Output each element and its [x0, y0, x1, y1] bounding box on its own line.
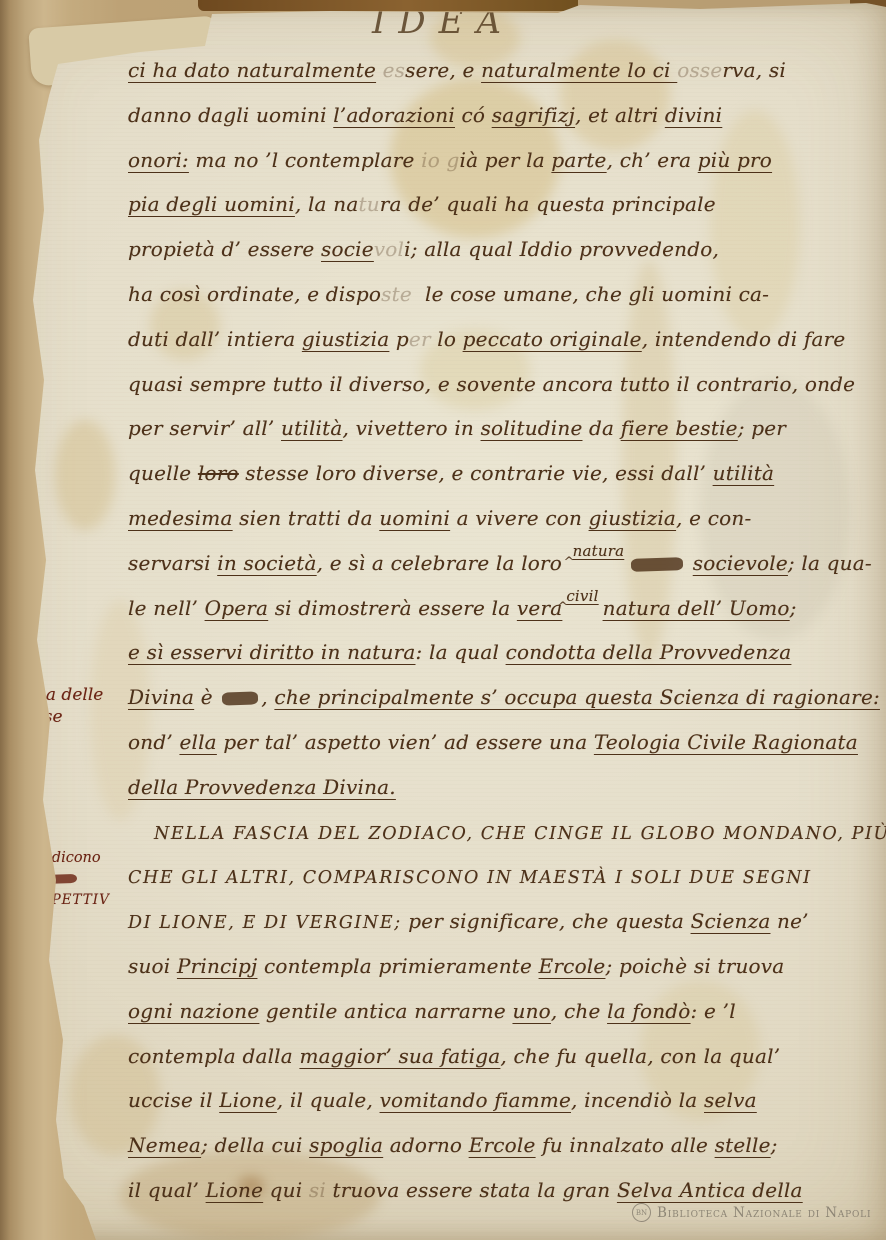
manuscript-line-4: pia degli uomini, la natura de’ quali ha…	[128, 192, 878, 237]
underlined-text: condotta della Provvedenza	[506, 640, 792, 664]
underlined-text: in società	[217, 551, 316, 575]
text-segment: quasi sempre tutto il diverso, e sovente…	[128, 372, 855, 396]
manuscript-line-8: quasi sempre tutto il diverso, e sovente…	[128, 372, 878, 417]
text-segment: duti dall’ intiera	[128, 327, 302, 351]
manuscript-line-1: ci ha dato naturalmente essere, e natura…	[128, 58, 878, 103]
text-segment: cose	[24, 707, 63, 727]
text-segment: contempla primieramente	[257, 954, 538, 978]
underlined-text: socievole	[693, 551, 788, 575]
text-segment: rva, si	[722, 58, 786, 82]
text-segment: il qual’	[128, 1178, 206, 1202]
text-segment: ond’	[128, 730, 179, 754]
underlined-text: divini	[665, 103, 722, 127]
margin-note-line	[8, 869, 110, 890]
text-segment: ra de’ quali ha questa principale	[380, 192, 716, 216]
manuscript-line-22: ogni nazione gentile antica narrarne uno…	[128, 999, 878, 1044]
text-segment: una delle	[24, 685, 103, 705]
text-segment: , il quale,	[277, 1088, 380, 1112]
underlined-text: selva	[704, 1088, 757, 1112]
text-segment: adorno	[383, 1133, 469, 1157]
text-segment: ; per	[738, 416, 786, 440]
underlined-text: socie	[321, 237, 374, 261]
margin-note-prospettiva: come diconoPROSPETTIVA	[8, 848, 110, 932]
underlined-text: della Provvedenza Divina.	[128, 775, 396, 799]
manuscript-lines: ci ha dato naturalmente essere, e natura…	[128, 58, 878, 1223]
margin-note-line: A	[8, 911, 110, 932]
text-segment: ne’	[770, 909, 808, 933]
text-segment: ,	[261, 685, 274, 709]
text-segment: ha così ordinate, e dispo	[128, 282, 381, 306]
text-segment: io g	[421, 148, 459, 172]
manuscript-line-2: danno dagli uomini l’adorazioni có sagri…	[128, 103, 878, 148]
text-segment: , e sì a celebrare la loro	[317, 551, 569, 575]
inserted-word: natura	[573, 542, 625, 560]
underlined-text: solitudine	[481, 416, 583, 440]
text-segment: tu	[358, 192, 379, 216]
underlined-text: vomitando fiamme	[380, 1088, 571, 1112]
text-segment: es	[376, 58, 405, 82]
inserted-word: civil	[566, 587, 598, 605]
manuscript-line-3: onori: ma no ’l contemplare io già per l…	[128, 148, 878, 193]
ink-blot	[222, 692, 258, 706]
text-segment: propietà d’ essere	[128, 237, 321, 261]
text-segment: osse	[677, 58, 722, 82]
manuscript-line-9: per servir’ all’ utilità, vivettero in s…	[128, 416, 878, 461]
text-segment: le cose umane, che gli uomini ca-	[412, 282, 769, 306]
text-segment: , e con-	[676, 506, 751, 530]
text-segment: qui	[263, 1178, 309, 1202]
text-segment: è	[194, 685, 219, 709]
underlined-text: Divina	[128, 685, 194, 709]
library-watermark: BN Biblioteca Nazionale di Napoli	[632, 1203, 871, 1222]
margin-note-line: cose	[24, 706, 103, 728]
manuscript-line-18: NELLA FASCIA DEL ZODIACO, CHE CINGE IL G…	[128, 820, 878, 865]
text-segment: come dicono	[8, 850, 101, 866]
text-segment: ; della cui	[201, 1133, 309, 1157]
underlined-text: parte	[551, 148, 606, 172]
underlined-text: naturalmente lo ci	[481, 58, 677, 82]
underlined-text: uomini	[379, 506, 450, 530]
text-segment: p	[389, 327, 409, 351]
text-segment: uccise il	[128, 1088, 219, 1112]
manuscript-line-16: ond’ ella per tal’ aspetto vien’ ad esse…	[128, 730, 878, 775]
underlined-text: medesima	[128, 506, 233, 530]
underlined-text: Ercole	[469, 1133, 536, 1157]
text-segment: le nell’	[128, 596, 205, 620]
underlined-text: onori:	[128, 148, 189, 172]
underlined-text: ella	[179, 730, 216, 754]
ink-blot	[631, 557, 683, 572]
text-segment: sere, e	[405, 58, 481, 82]
underlined-text: stelle	[715, 1133, 771, 1157]
margin-note-line: una delle	[24, 684, 103, 706]
text-segment: ;	[771, 1133, 778, 1157]
text-segment: danno dagli uomini	[128, 103, 333, 127]
text-segment: , che	[551, 999, 607, 1023]
text-segment: : e ’l	[691, 999, 736, 1023]
binding-top-strip	[198, 0, 578, 11]
underlined-text: che principalmente s’ occupa questa Scie…	[274, 685, 880, 709]
text-segment: a vivere con	[450, 506, 589, 530]
margin-note-line: PROSPETTIV	[8, 890, 110, 911]
text-segment: PROSPETTIV	[8, 892, 110, 908]
manuscript-page: IDEA ci ha dato naturalmente essere, e n…	[0, 0, 886, 1240]
underlined-text: Principj	[177, 954, 258, 978]
underlined-text: Lione	[219, 1088, 276, 1112]
underlined-text: la fondò	[607, 999, 690, 1023]
underlined-text: sagrifizj	[492, 103, 575, 127]
margin-note-line: come dicono	[8, 848, 110, 869]
manuscript-line-14: e sì esservi diritto in natura: la qual …	[128, 640, 878, 685]
text-segment: , et altri	[575, 103, 665, 127]
underlined-text: pia degli uomini	[128, 192, 295, 216]
underlined-text: giustizia	[589, 506, 676, 530]
text-segment: A	[8, 913, 19, 929]
underlined-text: natura dell’ Uomo	[603, 596, 790, 620]
text-segment: ste	[381, 282, 412, 306]
underlined-text: giustizia	[302, 327, 389, 351]
text-segment: vol	[374, 237, 404, 261]
text-segment: per tal’ aspetto vien’ ad essere una	[217, 730, 594, 754]
underlined-text: vera	[517, 596, 562, 620]
text-segment: i; alla qual Iddio provvedendo,	[404, 237, 719, 261]
underlined-text: spoglia	[309, 1133, 383, 1157]
underlined-text: maggior’ sua fatiga	[299, 1044, 500, 1068]
text-segment: sien tratti da	[233, 506, 380, 530]
underlined-text: Selva Antica della	[617, 1178, 803, 1202]
text-segment: quelle	[128, 461, 198, 485]
underlined-text: Nemea	[128, 1133, 201, 1157]
underlined-text: più pro	[698, 148, 772, 172]
manuscript-line-12: servarsi in società, e sì a celebrare la…	[128, 551, 878, 596]
manuscript-line-24: uccise il Lione, il quale, vomitando fia…	[128, 1088, 878, 1133]
text-segment: servarsi	[128, 551, 217, 575]
text-segment: , ch’ era	[607, 148, 698, 172]
underlined-text: peccato originale	[463, 327, 642, 351]
manuscript-line-21: suoi Principj contempla primieramente Er…	[128, 954, 878, 999]
text-segment: , che fu quella, con la qual’	[500, 1044, 780, 1068]
underlined-text: e sì esservi diritto in natura	[128, 640, 416, 664]
text-segment: per servir’ all’	[128, 416, 281, 440]
text-segment: , incendiò la	[571, 1088, 704, 1112]
text-segment: ;	[790, 596, 797, 620]
text-segment: có	[455, 103, 492, 127]
text-segment: ; poichè si truova	[605, 954, 784, 978]
text-segment: , intendendo di fare	[642, 327, 846, 351]
text-segment: DI LIONE, E DI VERGINE;	[128, 913, 402, 933]
underlined-text: l’adorazioni	[333, 103, 455, 127]
text-segment: : la qual	[416, 640, 506, 664]
text-segment: suoi	[128, 954, 177, 978]
underlined-text: Scienza	[691, 909, 771, 933]
text-segment: fu innalzato alle	[536, 1133, 715, 1157]
manuscript-line-25: Nemea; della cui spoglia adorno Ercole f…	[128, 1133, 878, 1178]
text-segment: truova essere stata la gran	[326, 1178, 617, 1202]
manuscript-line-17: della Provvedenza Divina.	[128, 775, 878, 820]
manuscript-line-23: contempla dalla maggior’ sua fatiga, che…	[128, 1044, 878, 1089]
manuscript-line-10: quelle loro stesse loro diverse, e contr…	[128, 461, 878, 506]
stain-blob	[55, 420, 115, 530]
text-segment: contempla dalla	[128, 1044, 299, 1068]
text-segment: stesse loro diverse, e contrarie vie, es…	[239, 461, 713, 485]
manuscript-line-11: medesima sien tratti da uomini a vivere …	[128, 506, 878, 551]
underlined-text: Opera	[205, 596, 269, 620]
underlined-text: fiere bestie	[621, 416, 738, 440]
manuscript-line-15: Divina è , che principalmente s’ occupa …	[128, 685, 878, 730]
manuscript-line-7: duti dall’ intiera giustizia per lo pecc…	[128, 327, 878, 372]
underlined-text: Ercole	[539, 954, 606, 978]
text-segment: per significare, che questa	[402, 909, 691, 933]
text-segment: si	[309, 1178, 326, 1202]
text-segment: CHE GLI ALTRI, COMPARISCONO IN MAESTÀ I …	[128, 868, 812, 888]
underlined-text: ogni nazione	[128, 999, 259, 1023]
manuscript-line-5: propietà d’ essere socievoli; alla qual …	[128, 237, 878, 282]
text-segment: da	[583, 416, 621, 440]
text-segment: ma no ’l contemplare	[189, 148, 421, 172]
text-segment: NELLA FASCIA DEL ZODIACO, CHE CINGE IL G…	[154, 824, 886, 844]
underlined-text: utilità	[281, 416, 342, 440]
text-segment: , vivettero in	[343, 416, 481, 440]
manuscript-line-13: le nell’ Opera si dimostrerà essere la v…	[128, 596, 878, 641]
manuscript-line-20: DI LIONE, E DI VERGINE; per significare,…	[128, 909, 878, 954]
text-segment: ; la qua-	[788, 551, 872, 575]
text-segment: lo	[431, 327, 463, 351]
text-segment: gentile antica narrarne	[259, 999, 512, 1023]
underlined-text: ci ha dato naturalmente	[128, 58, 376, 82]
underlined-text: uno	[512, 999, 550, 1023]
underlined-text: Teologia Civile Ragionata	[594, 730, 858, 754]
watermark-text: Biblioteca Nazionale di Napoli	[657, 1205, 871, 1221]
underlined-text: Lione	[206, 1178, 263, 1202]
struck-text: loro	[198, 461, 239, 485]
text-segment: si dimostrerà essere la	[268, 596, 517, 620]
manuscript-line-19: CHE GLI ALTRI, COMPARISCONO IN MAESTÀ I …	[128, 864, 878, 909]
library-emblem-icon: BN	[632, 1203, 651, 1222]
manuscript-scan: IDEA ci ha dato naturalmente essere, e n…	[0, 0, 886, 1240]
margin-note-una-delle-cose: una dellecose	[24, 684, 103, 729]
underlined-text: utilità	[713, 461, 774, 485]
text-segment: , la na	[295, 192, 359, 216]
text-segment: er	[409, 327, 431, 351]
ink-blot	[11, 874, 77, 885]
text-segment: ià per la	[460, 148, 552, 172]
manuscript-line-6: ha così ordinate, e disposte le cose uma…	[128, 282, 878, 327]
